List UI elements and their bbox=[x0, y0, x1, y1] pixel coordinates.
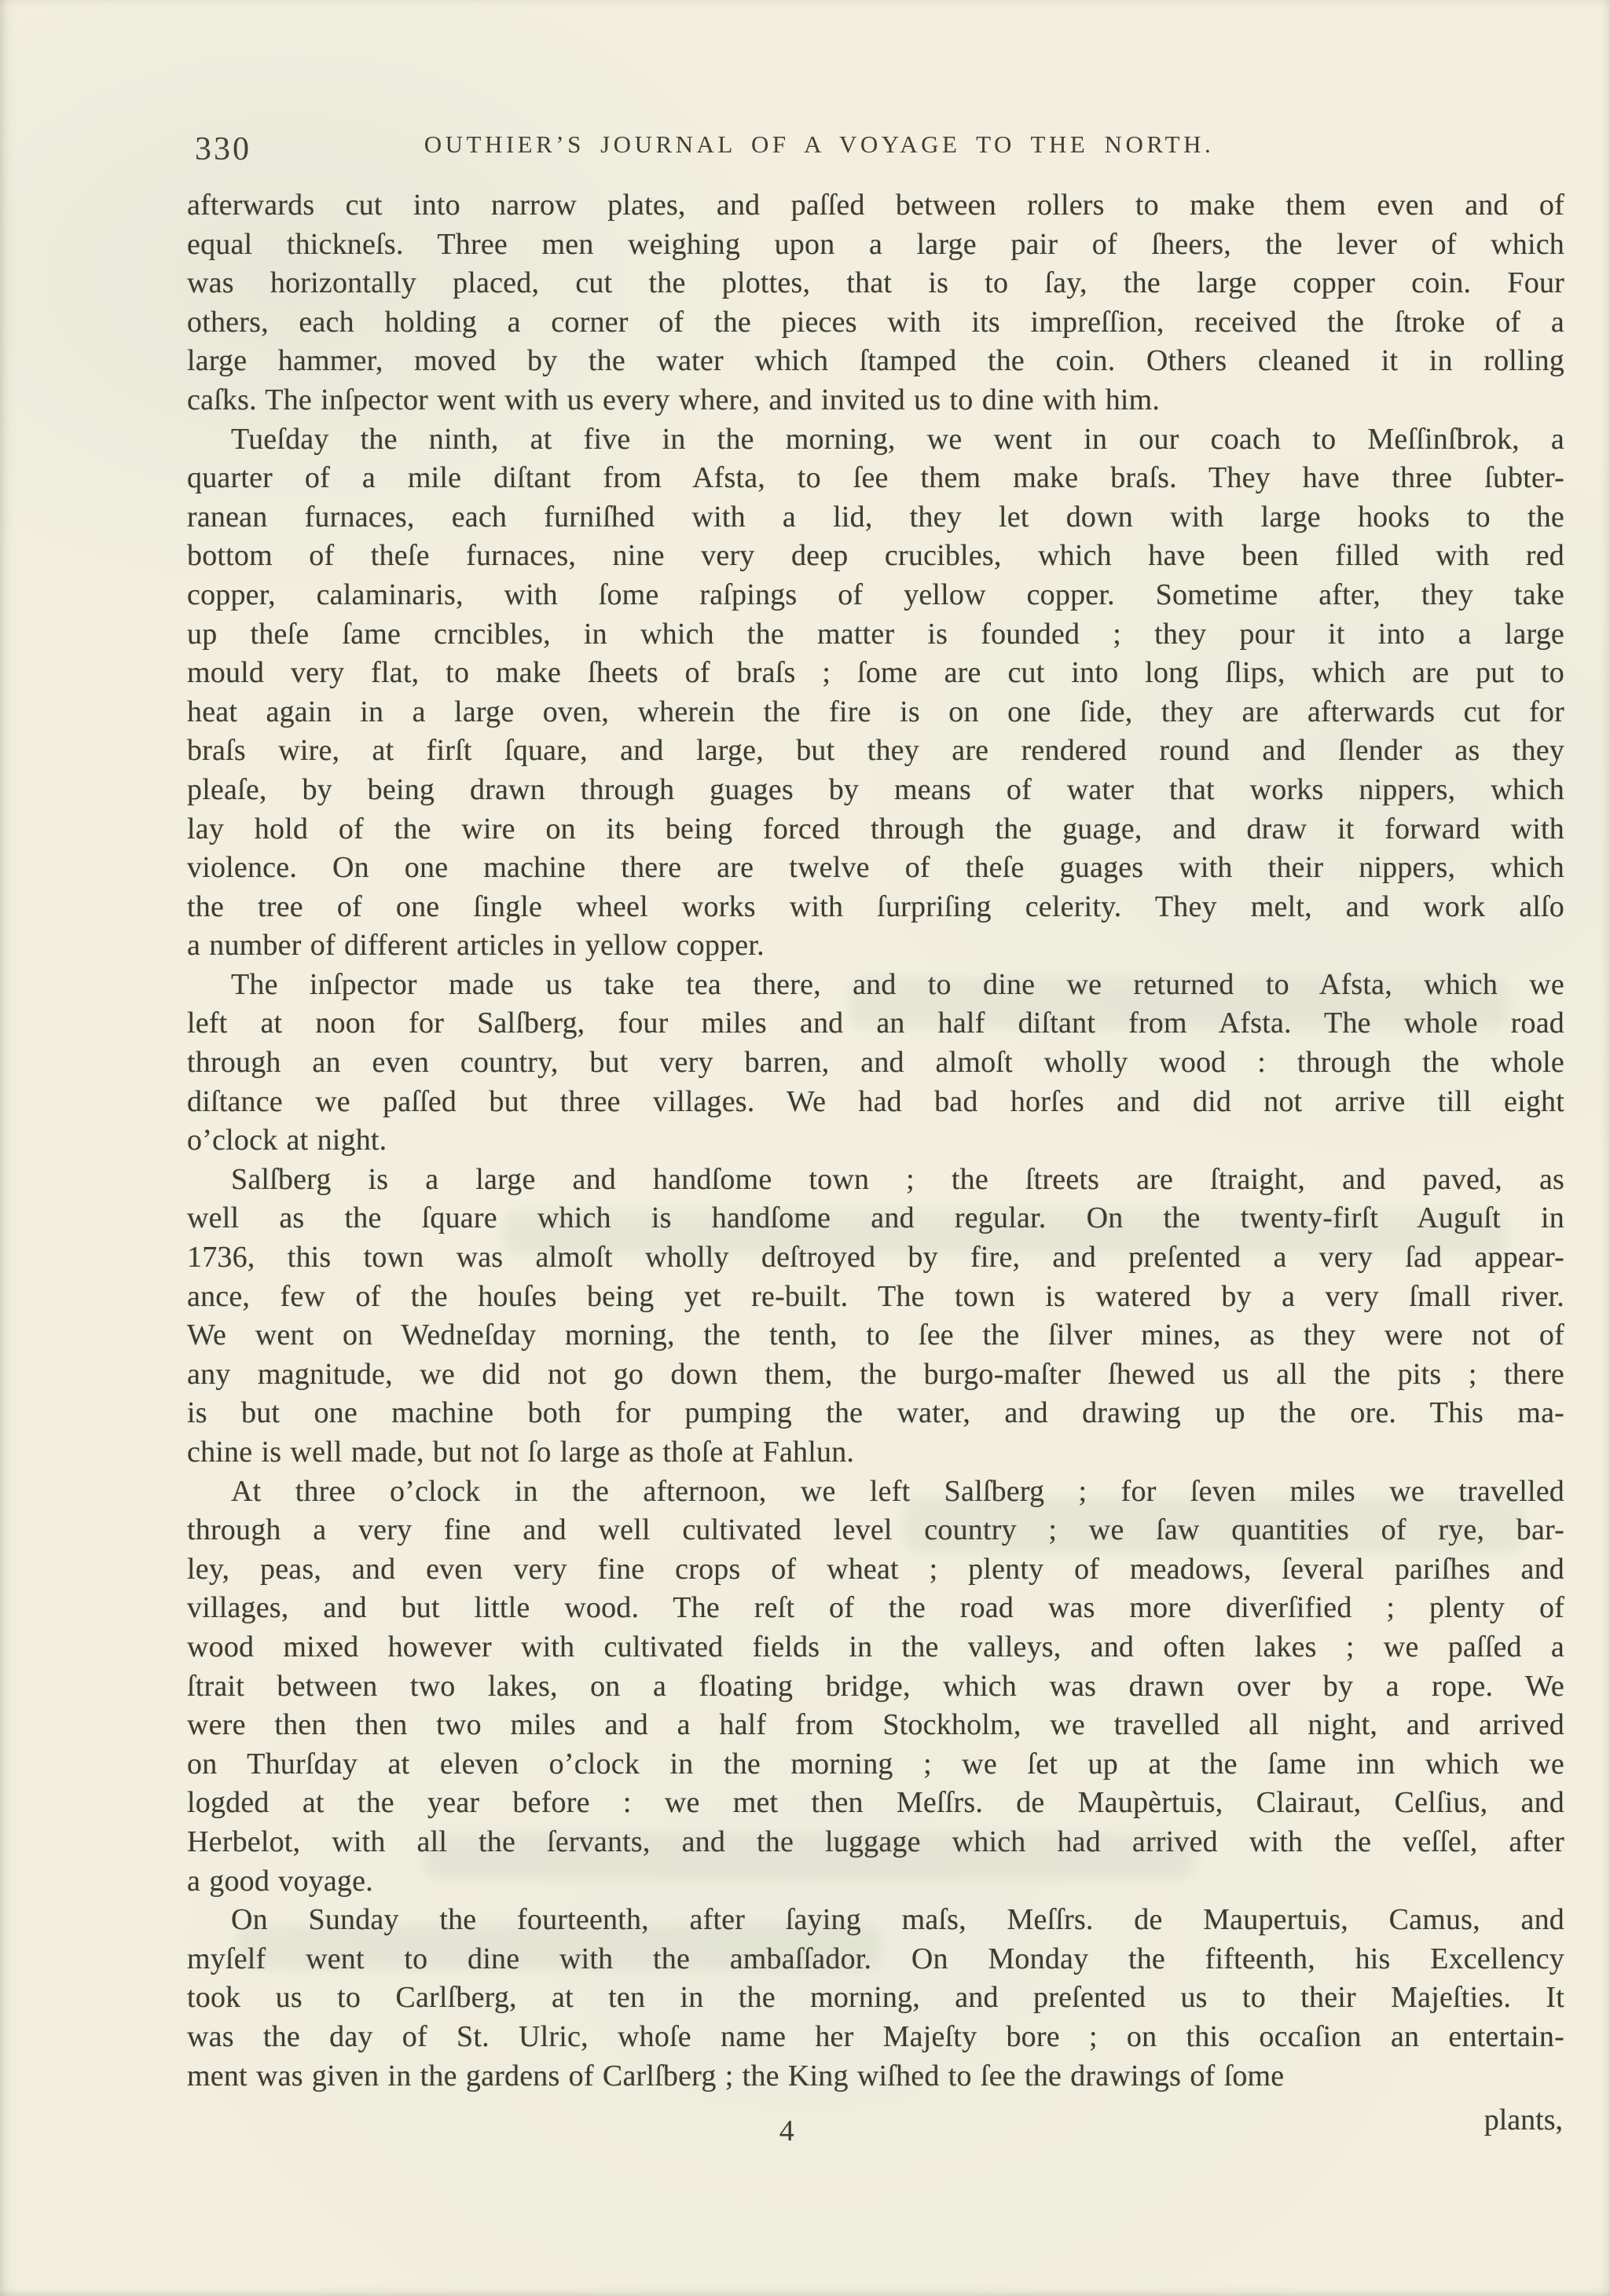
paragraph: The inſpector made us take tea there, an… bbox=[187, 966, 1564, 1161]
text-line: We went on Wedneſday morning, the tenth,… bbox=[187, 1316, 1564, 1355]
text-line: The inſpector made us take tea there, an… bbox=[187, 966, 1564, 1005]
text-line: a number of different articles in yellow… bbox=[187, 926, 1564, 966]
paragraph: On Sunday the fourteenth, after ſaying m… bbox=[187, 1901, 1564, 2096]
text-line: through an even country, but very barren… bbox=[187, 1043, 1564, 1083]
paragraph: At three o’clock in the afternoon, we le… bbox=[187, 1473, 1564, 1902]
text-line: wood mixed however with cultivated field… bbox=[187, 1628, 1564, 1667]
paragraph: Tueſday the ninth, at five in the mornin… bbox=[187, 420, 1564, 966]
paragraph: Salſberg is a large and handſome town ; … bbox=[187, 1161, 1564, 1473]
text-line: through a very fine and well cultivated … bbox=[187, 1511, 1564, 1550]
text-line: up theſe ſame crncibles, in which the ma… bbox=[187, 615, 1564, 655]
text-line: Tueſday the ninth, at five in the mornin… bbox=[187, 420, 1564, 460]
text-line: At three o’clock in the afternoon, we le… bbox=[187, 1473, 1564, 1512]
text-line: On Sunday the fourteenth, after ſaying m… bbox=[187, 1901, 1564, 1940]
text-line: was the day of St. Ulric, whoſe name her… bbox=[187, 2018, 1564, 2057]
text-line: was horizontally placed, cut the plottes… bbox=[187, 264, 1564, 303]
text-line: ranean furnaces, each furniſhed with a l… bbox=[187, 498, 1564, 537]
text-line: on Thurſday at eleven o’clock in the mor… bbox=[187, 1745, 1564, 1784]
text-line: left at noon for Salſberg, four miles an… bbox=[187, 1004, 1564, 1043]
text-line: diſtance we paſſed but three villages. W… bbox=[187, 1083, 1564, 1122]
text-line: any magnitude, we did not go down them, … bbox=[187, 1355, 1564, 1395]
text-line: large hammer, moved by the water which ſ… bbox=[187, 342, 1564, 381]
text-line: 1736, this town was almoſt wholly deſtro… bbox=[187, 1238, 1564, 1278]
text-line: ment was given in the gardens of Carlſbe… bbox=[187, 2057, 1564, 2096]
text-line: logded at the year before : we met then … bbox=[187, 1784, 1564, 1823]
text-line: myſelf went to dine with the ambaſſador.… bbox=[187, 1940, 1564, 1979]
running-head: 330 OUTHIER’S JOURNAL OF A VOYAGE TO THE… bbox=[187, 126, 1564, 181]
text-line: braſs wire, at firſt ſquare, and large, … bbox=[187, 732, 1564, 771]
text-line: pleaſe, by being drawn through guages by… bbox=[187, 771, 1564, 810]
text-line: afterwards cut into narrow plates, and p… bbox=[187, 186, 1564, 226]
text-line: violence. On one machine there are twelv… bbox=[187, 849, 1564, 888]
text-line: is but one machine both for pumping the … bbox=[187, 1394, 1564, 1433]
text-line: bottom of theſe furnaces, nine very deep… bbox=[187, 537, 1564, 576]
text-line: villages, and but little wood. The reſt … bbox=[187, 1589, 1564, 1628]
running-title: OUTHIER’S JOURNAL OF A VOYAGE TO THE NOR… bbox=[130, 130, 1508, 159]
page-footer: 4 plants, bbox=[187, 2103, 1564, 2150]
text-line: equal thickneſs. Three men weighing upon… bbox=[187, 226, 1564, 265]
text-line: lay hold of the wire on its being forced… bbox=[187, 810, 1564, 849]
text-line: Herbelot, with all the ſervants, and the… bbox=[187, 1823, 1564, 1862]
text-line: well as the ſquare which is handſome and… bbox=[187, 1199, 1564, 1238]
text-line: ley, peas, and even very fine crops of w… bbox=[187, 1550, 1564, 1590]
text-line: others, each holding a corner of the pie… bbox=[187, 303, 1564, 343]
text-line: chine is well made, but not ſo large as … bbox=[187, 1433, 1564, 1473]
paragraph: afterwards cut into narrow plates, and p… bbox=[187, 186, 1564, 420]
text-line: heat again in a large oven, wherein the … bbox=[187, 693, 1564, 732]
text-line: ance, few of the houſes being yet re-bui… bbox=[187, 1278, 1564, 1317]
text-line: the tree of one ſingle wheel works with … bbox=[187, 888, 1564, 927]
book-page: 330 OUTHIER’S JOURNAL OF A VOYAGE TO THE… bbox=[0, 0, 1610, 2296]
catchword: plants, bbox=[1484, 2103, 1563, 2137]
text-line: quarter of a mile diſtant from Afsta, to… bbox=[187, 459, 1564, 498]
text-line: caſks. The inſpector went with us every … bbox=[187, 381, 1564, 420]
text-line: a good voyage. bbox=[187, 1862, 1564, 1902]
body-text: afterwards cut into narrow plates, and p… bbox=[187, 186, 1564, 2096]
text-line: Salſberg is a large and handſome town ; … bbox=[187, 1161, 1564, 1200]
signature-mark: 4 bbox=[779, 2114, 795, 2148]
text-line: ſtrait between two lakes, on a floating … bbox=[187, 1667, 1564, 1707]
text-line: copper, calaminaris, with ſome raſpings … bbox=[187, 576, 1564, 615]
text-line: mould very flat, to make ſheets of braſs… bbox=[187, 654, 1564, 693]
text-line: were then then two miles and a half from… bbox=[187, 1706, 1564, 1745]
text-line: took us to Carlſberg, at ten in the morn… bbox=[187, 1979, 1564, 2018]
text-line: o’clock at night. bbox=[187, 1121, 1564, 1161]
